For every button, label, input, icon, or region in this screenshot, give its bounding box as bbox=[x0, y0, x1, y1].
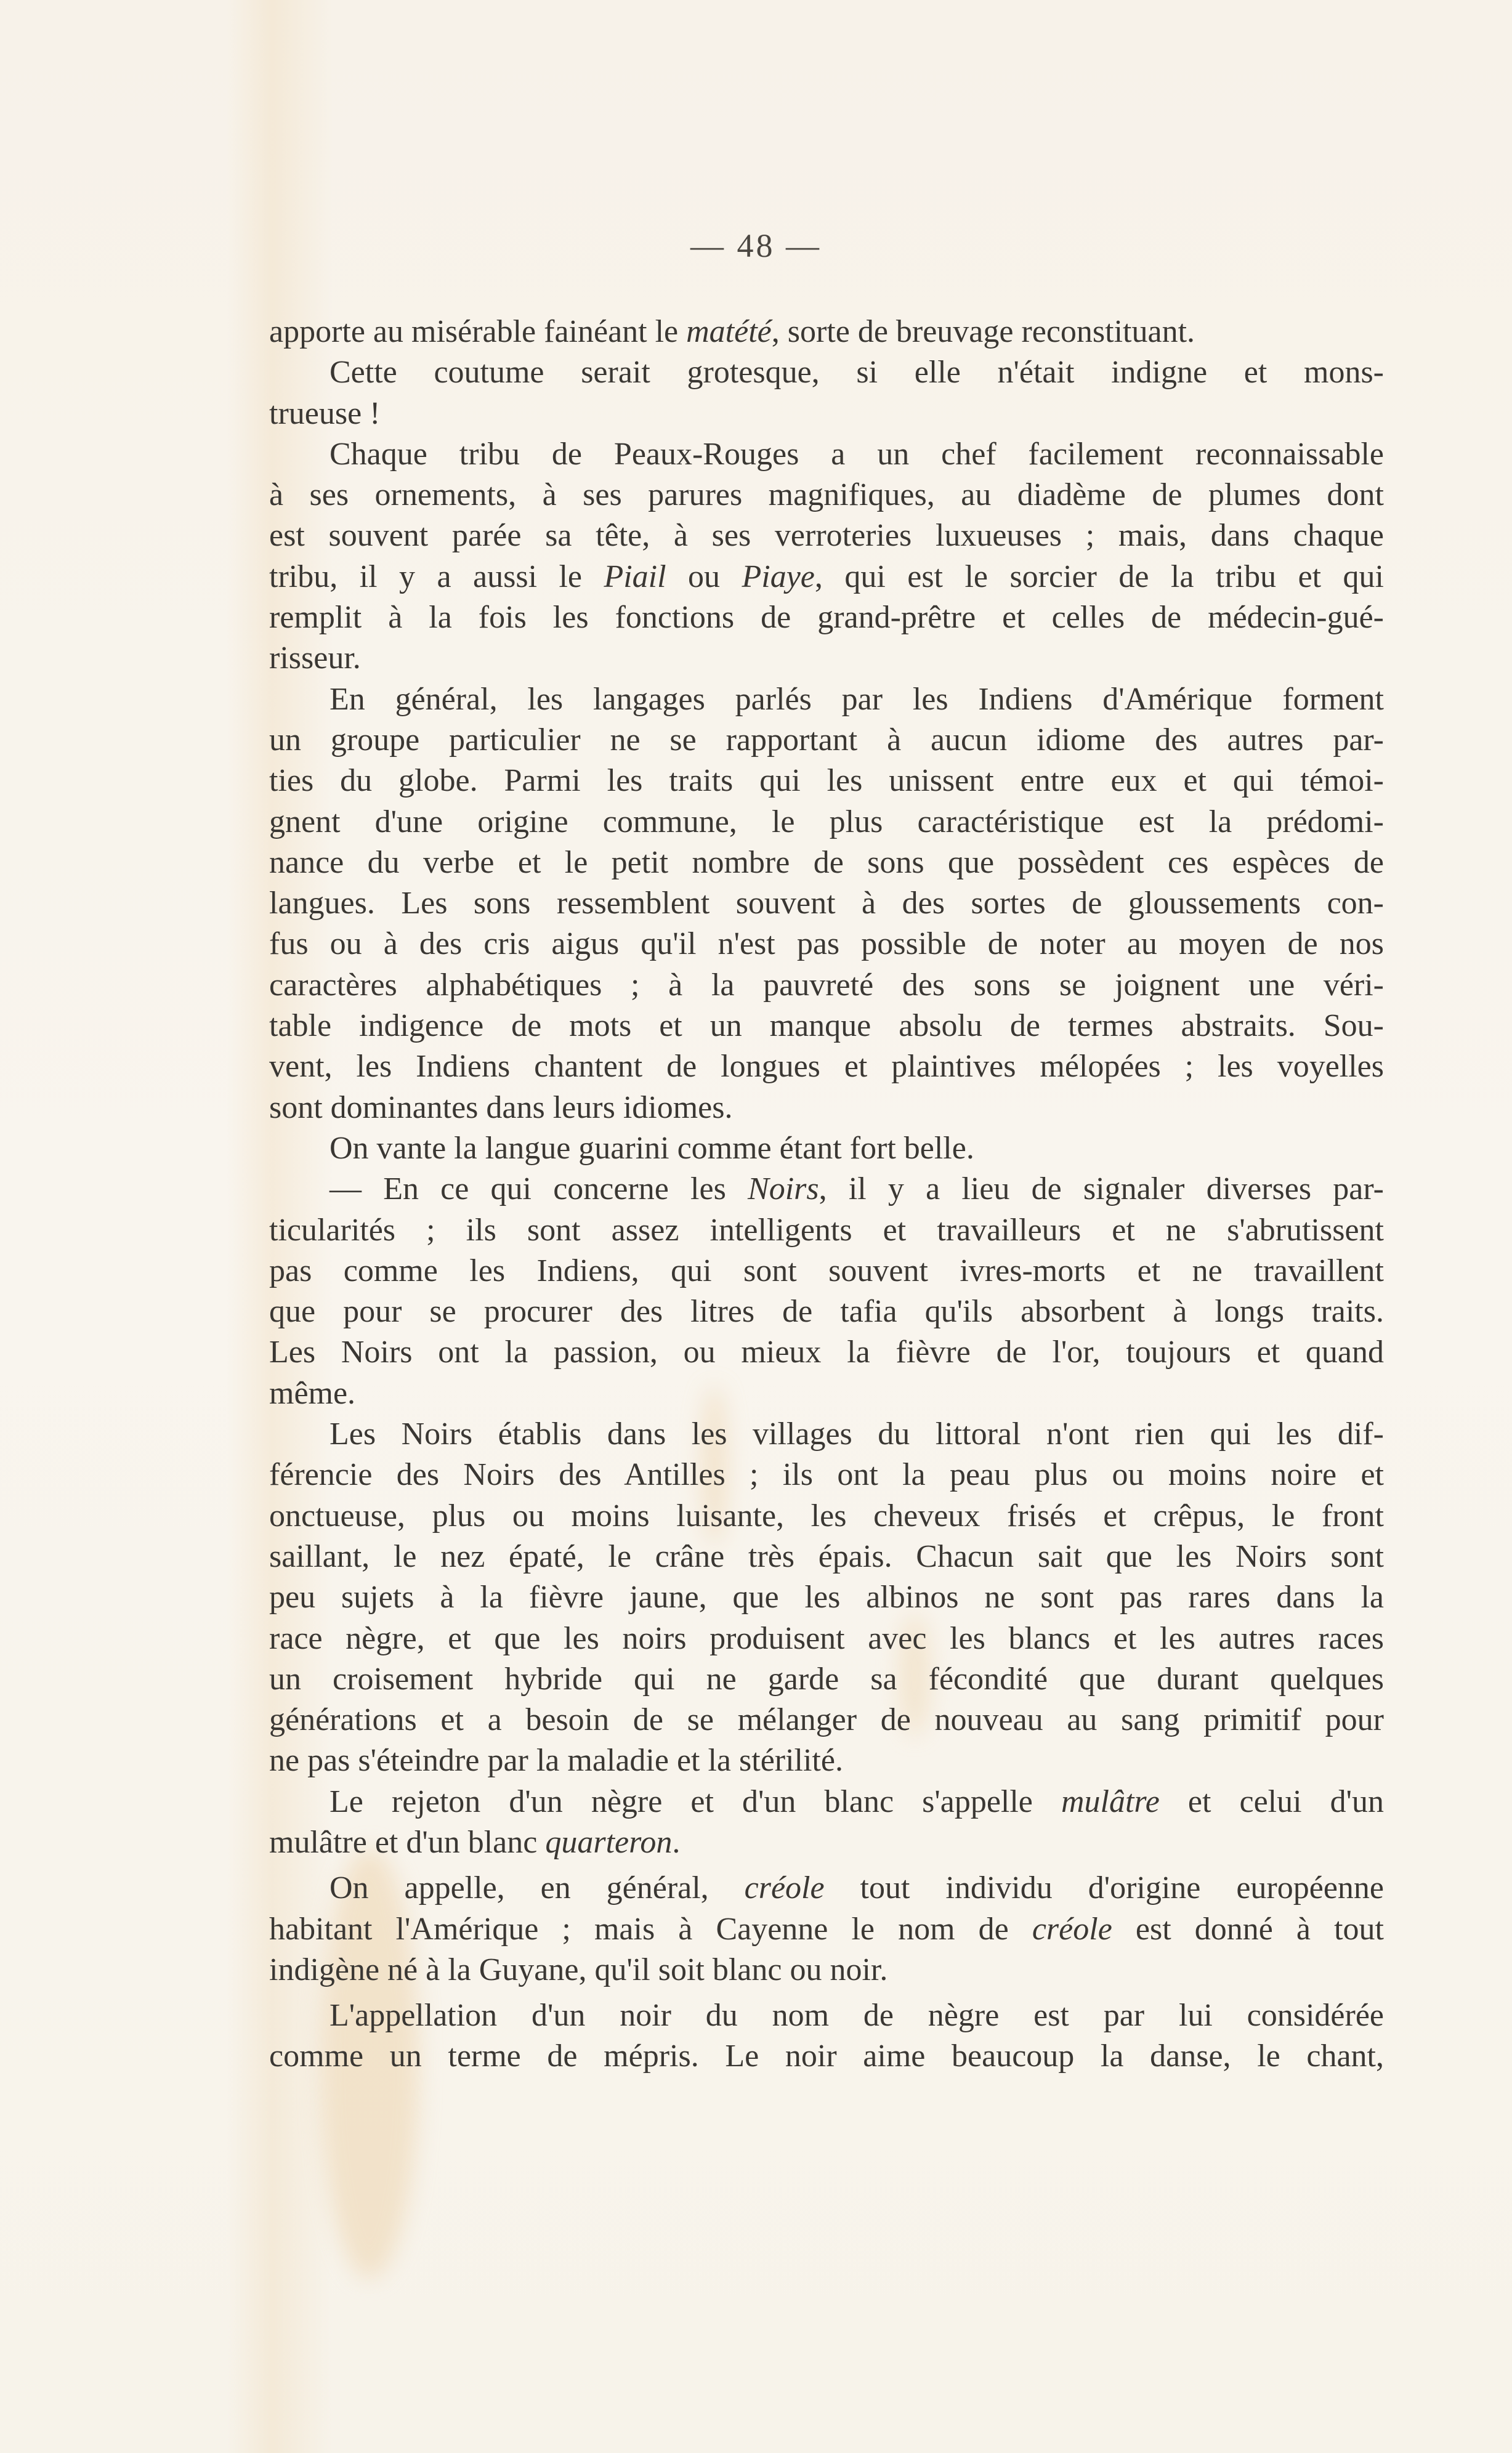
paragraph: On vante la langue guarini comme étant f… bbox=[269, 1128, 1384, 1169]
text-segment: ties du globe. Parmi les traits qui les … bbox=[269, 763, 1384, 798]
text-segment: indigène né à la Guyane, qu'il soit blan… bbox=[269, 1952, 887, 1987]
text-line: même. bbox=[269, 1373, 1384, 1414]
text-line: On appelle, en général, créole tout indi… bbox=[269, 1868, 1384, 1909]
text-line: Les Noirs établis dans les villages du l… bbox=[269, 1414, 1384, 1455]
text-line: nance du verbe et le petit nombre de son… bbox=[269, 843, 1384, 883]
text-segment: Les Noirs ont la passion, ou mieux la fi… bbox=[269, 1335, 1384, 1370]
text-segment: générations et a besoin de se mélanger d… bbox=[269, 1702, 1384, 1737]
text-segment: En général, les langages parlés par les … bbox=[329, 682, 1384, 717]
text-segment: comme un terme de mépris. Le noir aime b… bbox=[269, 2039, 1384, 2074]
italic-term: créole bbox=[745, 1870, 825, 1905]
paragraph: — En ce qui concerne les Noirs, il y a l… bbox=[269, 1169, 1384, 1414]
text-line: Chaque tribu de Peaux-Rouges a un chef f… bbox=[269, 434, 1384, 475]
italic-term: mulâtre bbox=[1061, 1784, 1160, 1819]
text-segment: — En ce qui concerne les bbox=[329, 1171, 748, 1206]
text-segment: est souvent parée sa tête, à ses verrote… bbox=[269, 518, 1384, 553]
text-segment: langues. Les sons ressemblent souvent à … bbox=[269, 886, 1384, 921]
text-line: ne pas s'éteindre par la maladie et la s… bbox=[269, 1740, 1384, 1781]
text-line: onctueuse, plus ou moins luisante, les c… bbox=[269, 1496, 1384, 1537]
text-line: comme un terme de mépris. Le noir aime b… bbox=[269, 2036, 1384, 2077]
text-segment: à ses ornements, à ses parures magnifiqu… bbox=[269, 477, 1384, 512]
text-line: habitant l'Amérique ; mais à Cayenne le … bbox=[269, 1909, 1384, 1950]
text-segment: et celui d'un bbox=[1160, 1784, 1384, 1819]
text-segment: table indigence de mots et un manque abs… bbox=[269, 1008, 1384, 1043]
paragraph: Cette coutume serait grotesque, si elle … bbox=[269, 352, 1384, 434]
text-segment: onctueuse, plus ou moins luisante, les c… bbox=[269, 1498, 1384, 1534]
text-line: L'appellation d'un noir du nom de nègre … bbox=[269, 1995, 1384, 2036]
text-line: Les Noirs ont la passion, ou mieux la fi… bbox=[269, 1332, 1384, 1373]
text-segment: . bbox=[672, 1825, 680, 1860]
text-line: pas comme les Indiens, qui sont souvent … bbox=[269, 1251, 1384, 1291]
paragraph: apporte au misérable fainéant le matété,… bbox=[269, 312, 1384, 352]
text-segment: race nègre, et que les noirs produisent … bbox=[269, 1621, 1384, 1656]
paragraph: L'appellation d'un noir du nom de nègre … bbox=[269, 1995, 1384, 2077]
text-segment: , sorte de breuvage reconstituant. bbox=[772, 314, 1195, 349]
italic-term: Noirs bbox=[748, 1171, 819, 1206]
paragraph: Chaque tribu de Peaux-Rouges a un chef f… bbox=[269, 434, 1384, 679]
italic-term: créole bbox=[1032, 1912, 1112, 1947]
paragraph: Les Noirs établis dans les villages du l… bbox=[269, 1414, 1384, 1782]
text-line: générations et a besoin de se mélanger d… bbox=[269, 1700, 1384, 1740]
text-line: table indigence de mots et un manque abs… bbox=[269, 1006, 1384, 1046]
italic-term: quarteron bbox=[545, 1825, 672, 1860]
text-line: férencie des Noirs des Antilles ; ils on… bbox=[269, 1455, 1384, 1495]
text-segment: risseur. bbox=[269, 641, 361, 676]
text-segment: peu sujets à la fièvre jaune, que les al… bbox=[269, 1580, 1384, 1615]
text-line: trueuse ! bbox=[269, 394, 1384, 434]
text-line: ties du globe. Parmi les traits qui les … bbox=[269, 761, 1384, 801]
text-line: indigène né à la Guyane, qu'il soit blan… bbox=[269, 1950, 1384, 1990]
text-line: fus ou à des cris aigus qu'il n'est pas … bbox=[269, 924, 1384, 964]
text-segment: tribu, il y a aussi le bbox=[269, 559, 604, 594]
text-line: En général, les langages parlés par les … bbox=[269, 679, 1384, 720]
text-segment: un croisement hybride qui ne garde sa fé… bbox=[269, 1662, 1384, 1697]
text-segment: fus ou à des cris aigus qu'il n'est pas … bbox=[269, 926, 1384, 961]
text-line: langues. Les sons ressemblent souvent à … bbox=[269, 883, 1384, 924]
text-segment: Les Noirs établis dans les villages du l… bbox=[329, 1416, 1384, 1452]
text-line: On vante la langue guarini comme étant f… bbox=[269, 1128, 1384, 1169]
text-segment: , qui est le sorcier de la tribu et qui bbox=[815, 559, 1384, 594]
text-line: sont dominantes dans leurs idiomes. bbox=[269, 1088, 1384, 1128]
text-segment: Chaque tribu de Peaux-Rouges a un chef f… bbox=[329, 437, 1384, 472]
text-line: Le rejeton d'un nègre et d'un blanc s'ap… bbox=[269, 1782, 1384, 1822]
page-number: — 48 — bbox=[0, 227, 1512, 265]
text-segment: un groupe particulier ne se rapportant à… bbox=[269, 722, 1384, 758]
text-segment: pas comme les Indiens, qui sont souvent … bbox=[269, 1253, 1384, 1288]
paragraph: Le rejeton d'un nègre et d'un blanc s'ap… bbox=[269, 1782, 1384, 1864]
text-line: saillant, le nez épaté, le crâne très ép… bbox=[269, 1537, 1384, 1577]
text-line: à ses ornements, à ses parures magnifiqu… bbox=[269, 475, 1384, 515]
text-line: mulâtre et d'un blanc quarteron. bbox=[269, 1822, 1384, 1863]
text-line: vent, les Indiens chantent de longues et… bbox=[269, 1046, 1384, 1087]
text-line: remplit à la fois les fonctions de grand… bbox=[269, 597, 1384, 638]
text-segment: remplit à la fois les fonctions de grand… bbox=[269, 600, 1384, 635]
text-segment: sont dominantes dans leurs idiomes. bbox=[269, 1090, 732, 1125]
text-segment: L'appellation d'un noir du nom de nègre … bbox=[329, 1998, 1384, 2033]
text-segment: ticularités ; ils sont assez intelligent… bbox=[269, 1213, 1384, 1248]
text-segment: Le rejeton d'un nègre et d'un blanc s'ap… bbox=[329, 1784, 1061, 1819]
text-segment: que pour se procurer des litres de tafia… bbox=[269, 1294, 1384, 1329]
text-line: — En ce qui concerne les Noirs, il y a l… bbox=[269, 1169, 1384, 1210]
italic-term: Piail bbox=[604, 559, 666, 594]
text-line: est souvent parée sa tête, à ses verrote… bbox=[269, 515, 1384, 556]
text-line: Cette coutume serait grotesque, si elle … bbox=[269, 352, 1384, 393]
text-segment: On appelle, en général, bbox=[329, 1870, 745, 1905]
text-line: caractères alphabétiques ; à la pauvreté… bbox=[269, 965, 1384, 1006]
italic-term: Piaye bbox=[742, 559, 815, 594]
italic-term: matété bbox=[686, 314, 772, 349]
text-line: tribu, il y a aussi le Piail ou Piaye, q… bbox=[269, 557, 1384, 597]
text-line: risseur. bbox=[269, 638, 1384, 679]
text-segment: apporte au misérable fainéant le bbox=[269, 314, 686, 349]
body-text: apporte au misérable fainéant le matété,… bbox=[269, 312, 1384, 2077]
text-segment: ou bbox=[666, 559, 742, 594]
text-line: que pour se procurer des litres de tafia… bbox=[269, 1291, 1384, 1332]
text-segment: mulâtre et d'un blanc bbox=[269, 1825, 545, 1860]
text-line: gnent d'une origine commune, le plus car… bbox=[269, 802, 1384, 843]
text-segment: est donné à tout bbox=[1112, 1912, 1384, 1947]
text-segment: ne pas s'éteindre par la maladie et la s… bbox=[269, 1743, 843, 1778]
text-line: ticularités ; ils sont assez intelligent… bbox=[269, 1210, 1384, 1251]
text-segment: caractères alphabétiques ; à la pauvreté… bbox=[269, 968, 1384, 1003]
text-segment: gnent d'une origine commune, le plus car… bbox=[269, 804, 1384, 839]
text-segment: même. bbox=[269, 1376, 355, 1411]
text-line: un croisement hybride qui ne garde sa fé… bbox=[269, 1659, 1384, 1700]
text-segment: , il y a lieu de signaler diverses par- bbox=[819, 1171, 1384, 1206]
text-segment: habitant l'Amérique ; mais à Cayenne le … bbox=[269, 1912, 1032, 1947]
text-segment: férencie des Noirs des Antilles ; ils on… bbox=[269, 1457, 1384, 1492]
paragraph: En général, les langages parlés par les … bbox=[269, 679, 1384, 1128]
text-segment: tout individu d'origine européenne bbox=[825, 1870, 1384, 1905]
text-segment: On vante la langue guarini comme étant f… bbox=[329, 1131, 974, 1166]
text-line: race nègre, et que les noirs produisent … bbox=[269, 1618, 1384, 1659]
text-segment: saillant, le nez épaté, le crâne très ép… bbox=[269, 1539, 1384, 1574]
text-segment: vent, les Indiens chantent de longues et… bbox=[269, 1049, 1384, 1084]
text-line: peu sujets à la fièvre jaune, que les al… bbox=[269, 1577, 1384, 1618]
text-segment: Cette coutume serait grotesque, si elle … bbox=[329, 355, 1384, 390]
text-line: un groupe particulier ne se rapportant à… bbox=[269, 720, 1384, 761]
text-segment: nance du verbe et le petit nombre de son… bbox=[269, 845, 1384, 880]
text-segment: trueuse ! bbox=[269, 396, 380, 431]
paragraph: On appelle, en général, créole tout indi… bbox=[269, 1868, 1384, 1990]
text-line: apporte au misérable fainéant le matété,… bbox=[269, 312, 1384, 352]
